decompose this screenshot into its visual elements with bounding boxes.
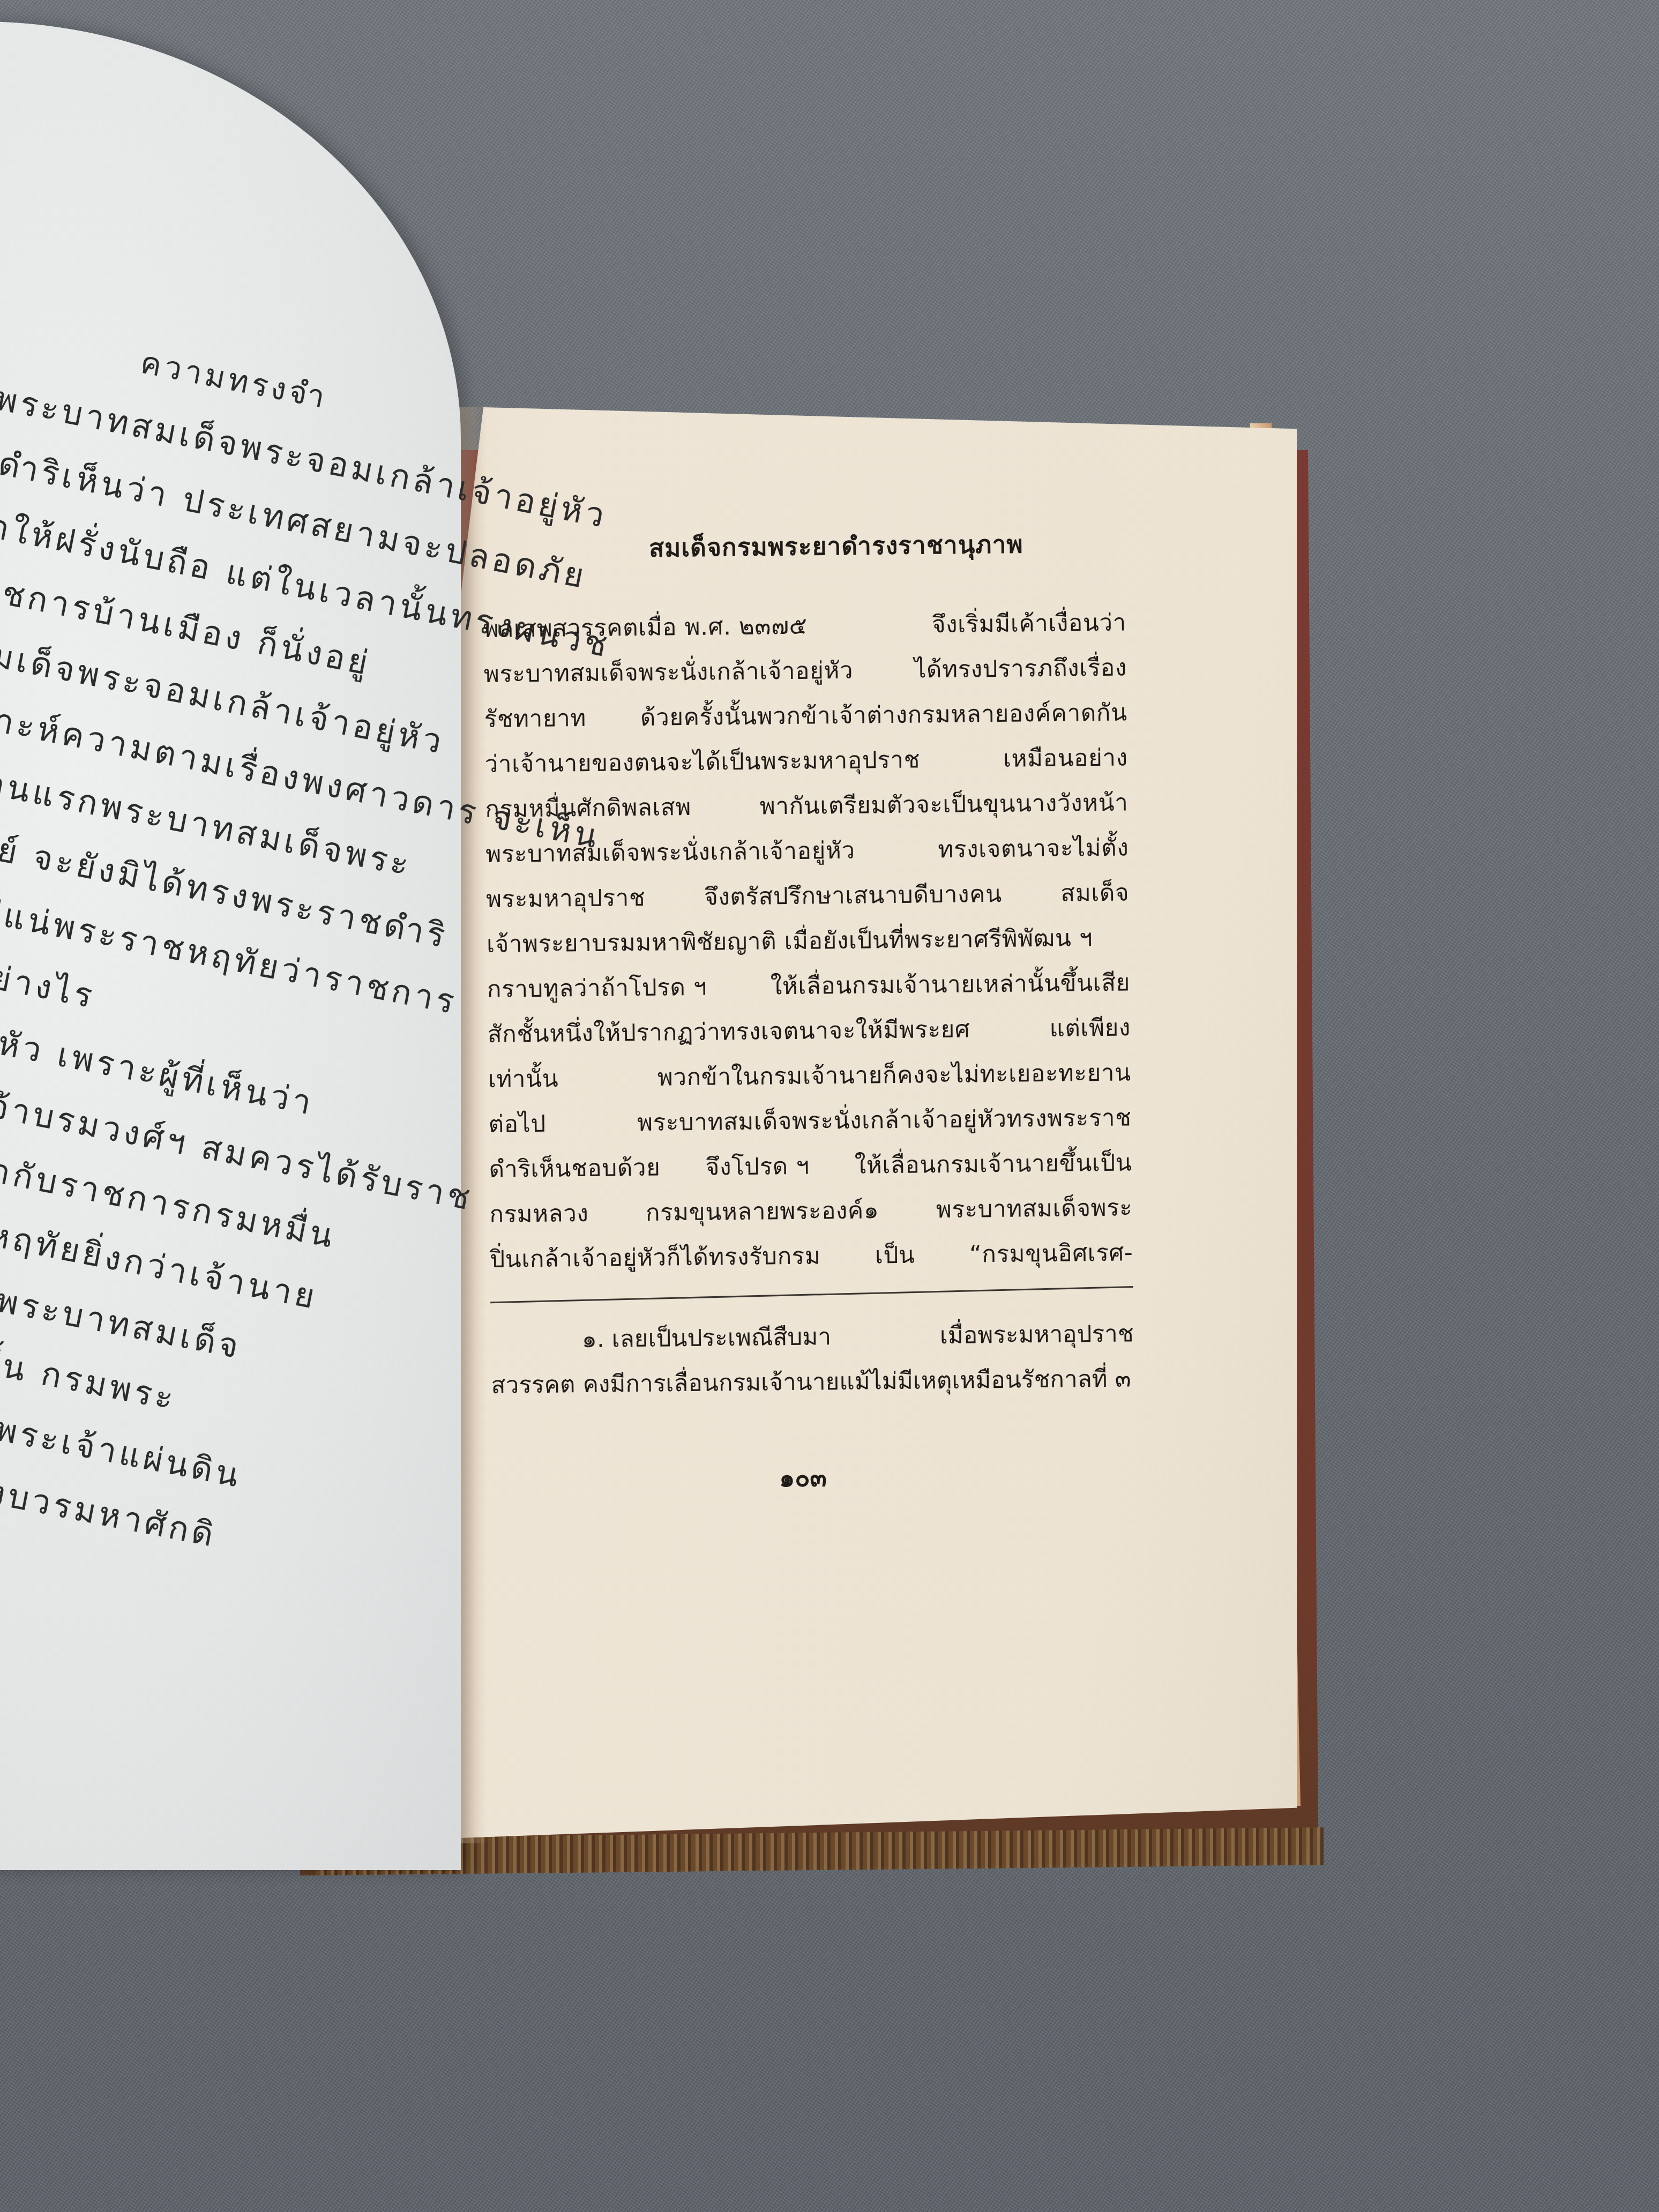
text-segment: ทรงเจตนาจะไม่ตั้ง [938, 825, 1129, 872]
body-line: กรมหมื่นศักดิพลเสพ พากันเตรียมตัวจะเป็นข… [485, 780, 1129, 832]
text-segment: พระบาทสมเด็จพระ [936, 1185, 1132, 1232]
text-segment: รัชทายาท [484, 696, 586, 742]
text-segment: พระมหาอุปราช [486, 876, 646, 922]
footnote-text: สวรรคต คงมีการเลื่อนกรมเจ้านายแม้ไม่มีเห… [491, 1356, 1131, 1408]
text-segment: พระบาทสมเด็จพระนั่งเกล้าเจ้าอยู่หัวทรงพร… [637, 1095, 1132, 1146]
text-segment: กรมหลวง [489, 1191, 589, 1237]
text-segment: พระบาทสมเด็จพระนั่งเกล้าเจ้าอยู่หัว [485, 828, 855, 877]
right-running-head: สมเด็จกรมพระยาดำรงราชานุภาพ [547, 524, 1126, 569]
body-line: สักชั้นหนึ่งให้ปรากฏว่าทรงเจตนาจะให้มีพร… [487, 1005, 1131, 1057]
text-segment: พลเสพสวรรคตเมื่อ พ.ศ. ๒๓๗๕ [483, 604, 807, 652]
body-line: กรมหลวง กรมขุนหลายพระองค์๑ พระบาทสมเด็จพ… [489, 1185, 1133, 1237]
body-line: พระมหาอุปราช จึงตรัสปรึกษาเสนาบดีบางคน ส… [486, 870, 1130, 922]
right-page-text: สมเด็จกรมพระยาดำรงราชานุภาพ พลเสพสวรรคตเ… [482, 524, 1135, 1500]
text-segment: ปิ่นเกล้าเจ้าอยู่หัวก็ได้ทรงรับกรม [490, 1234, 821, 1282]
page-number: ๑๐๓ [470, 1455, 1135, 1501]
body-line: ว่าเจ้านายของตนจะได้เป็นพระมหาอุปราช เหม… [484, 735, 1128, 787]
text-segment: พระบาทสมเด็จพระนั่งเกล้าเจ้าอยู่หัว [483, 648, 853, 697]
footnote-reference: กรมขุนหลายพระองค์๑ [645, 1188, 879, 1236]
text-segment: เจ้าพระยาบรมมหาพิชัยญาติ เมื่อยังเป็นที่… [487, 916, 1093, 967]
footnote-line: ๑. เลยเป็นประเพณีสืบมา เมื่อพระมหาอุปราช [490, 1311, 1134, 1363]
body-line: ต่อไป พระบาทสมเด็จพระนั่งเกล้าเจ้าอยู่หั… [488, 1095, 1132, 1147]
body-line: ดำริเห็นชอบด้วย จึงโปรด ฯ ให้เลื่อนกรมเจ… [489, 1140, 1132, 1192]
footnote-text: เมื่อพระมหาอุปราช [939, 1311, 1134, 1358]
text-segment: จึงตรัสปรึกษาเสนาบดีบางคน [704, 872, 1002, 920]
text-segment: ต่อไป [488, 1102, 546, 1147]
body-line: เท่านั้น พวกข้าในกรมเจ้านายก็คงจะไม่ทะเย… [488, 1050, 1131, 1102]
text-segment: ดำริเห็นชอบด้วย [489, 1146, 661, 1192]
text-segment: แต่เพียง [1049, 1005, 1131, 1051]
text-segment: ว่าเจ้านายของตนจะได้เป็นพระมหาอุปราช [484, 737, 920, 787]
text-segment: ด้วยครั้งนั้นพวกข้าเจ้าต่างกรมหลายองค์คา… [640, 690, 1128, 741]
text-segment: พวกข้าในกรมเจ้านายก็คงจะไม่ทะเยอะทะยาน [657, 1050, 1131, 1100]
text-segment: ให้เลื่อนกรมเจ้านายเหล่านั้นขึ้นเสีย [770, 960, 1130, 1009]
body-line: พลเสพสวรรคตเมื่อ พ.ศ. ๒๓๗๕ จึงเริ่มมีเค้… [483, 600, 1126, 652]
text-segment: เหมือนอย่าง [1003, 735, 1128, 781]
footnote-line: สวรรคต คงมีการเลื่อนกรมเจ้านายแม้ไม่มีเห… [491, 1356, 1134, 1408]
body-line: ปิ่นเกล้าเจ้าอยู่หัวก็ได้ทรงรับกรม เป็น … [490, 1230, 1133, 1282]
body-line: กราบทูลว่าถ้าโปรด ฯ ให้เลื่อนกรมเจ้านายเ… [487, 960, 1131, 1012]
body-line: รัชทายาท ด้วยครั้งนั้นพวกข้าเจ้าต่างกรมห… [484, 690, 1127, 742]
text-segment: “กรมขุนอิศเรศ- [969, 1230, 1133, 1277]
text-segment: กรมหมื่นศักดิพลเสพ [485, 785, 691, 832]
text-segment: ได้ทรงปรารภถึงเรื่อง [914, 645, 1127, 692]
text-segment: พากันเตรียมตัวจะเป็นขุนนางวังหน้า [759, 780, 1128, 829]
text-segment: จึงเริ่มมีเค้าเงื่อนว่า [931, 600, 1126, 647]
body-line: พระบาทสมเด็จพระนั่งเกล้าเจ้าอยู่หัว ได้ท… [483, 645, 1127, 697]
footnote-divider [490, 1286, 1133, 1303]
text-segment: จึงโปรด ฯ [705, 1144, 810, 1190]
body-line: เจ้าพระยาบรมมหาพิชัยญาติ เมื่อยังเป็นที่… [487, 915, 1130, 967]
text-segment: สักชั้นหนึ่งให้ปรากฏว่าทรงเจตนาจะให้มีพร… [487, 1007, 970, 1057]
body-line: พระบาทสมเด็จพระนั่งเกล้าเจ้าอยู่หัว ทรงเ… [485, 825, 1129, 877]
footnote-text: ๑. เลยเป็นประเพณีสืบมา [581, 1314, 831, 1362]
text-segment: เป็น [875, 1233, 915, 1279]
text-segment: เท่านั้น [488, 1057, 558, 1102]
text-segment: ให้เลื่อนกรมเจ้านายขึ้นเป็น [854, 1140, 1132, 1188]
text-segment: กราบทูลว่าถ้าโปรด ฯ [487, 965, 707, 1012]
text-segment: สมเด็จ [1060, 870, 1130, 916]
